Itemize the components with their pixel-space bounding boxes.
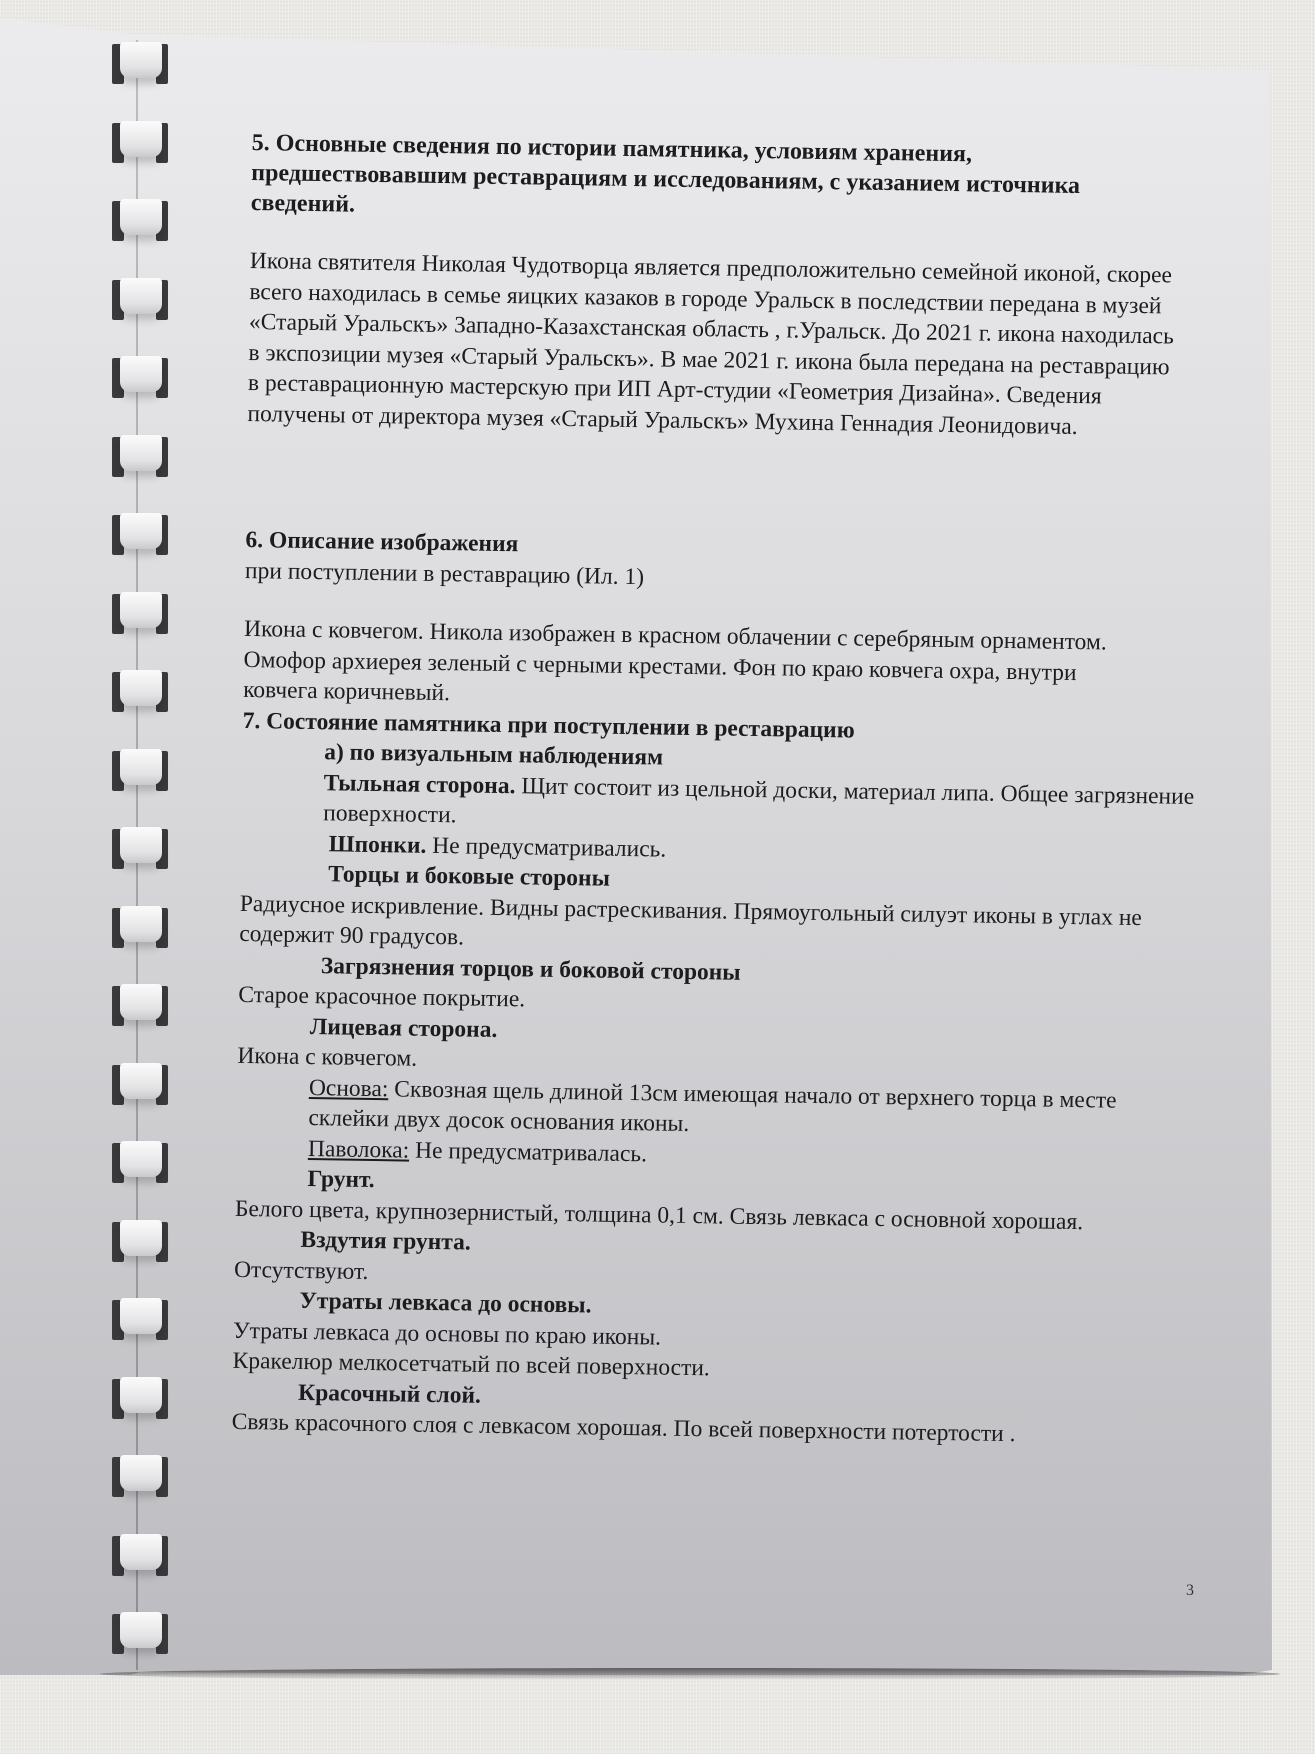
binding-ring <box>112 749 168 793</box>
base-label: Основа: <box>309 1075 389 1102</box>
base-text: Сквозная щель длиной 13см имеющая начало… <box>308 1076 1116 1137</box>
document-content: 5. Основные сведения по истории памятник… <box>231 128 1201 1452</box>
binding-ring <box>112 1377 168 1421</box>
page-number: 3 <box>1186 1582 1194 1600</box>
binding-ring <box>112 513 168 557</box>
binding-ring <box>112 278 168 322</box>
binding-ring <box>112 1455 168 1499</box>
keys-label: Шпонки. <box>329 831 427 859</box>
binding-ring <box>112 1220 168 1264</box>
binding-ring <box>112 592 168 636</box>
section-6-paragraph: Икона с ковчегом. Никола изображен в кра… <box>243 614 1124 719</box>
section-5-heading: 5. Основные сведения по истории памятник… <box>251 128 1182 233</box>
binding-ring <box>112 1612 168 1656</box>
binding-ring <box>112 827 168 871</box>
binding-ring <box>112 121 168 165</box>
keys-text: Не предусматривались. <box>426 832 666 862</box>
binding-ring <box>112 1534 168 1578</box>
binding-ring <box>112 1063 168 1107</box>
page-shadow <box>100 1668 1280 1680</box>
binding-ring <box>112 670 168 714</box>
pavoloka-text: Не предусматривалась. <box>409 1137 647 1167</box>
binding-ring <box>112 906 168 950</box>
binding-ring <box>112 435 168 479</box>
binding-ring <box>112 1141 168 1185</box>
back-side-label: Тыльная сторона. <box>324 770 516 799</box>
section-5-paragraph: Икона святителя Николая Чудотворца являе… <box>247 246 1185 444</box>
binding-ring <box>112 1298 168 1342</box>
binding-ring <box>112 42 168 86</box>
pavoloka-label: Паволока: <box>308 1136 410 1164</box>
binding-ring <box>112 356 168 400</box>
binding-ring <box>112 984 168 1028</box>
binding-ring <box>112 199 168 243</box>
